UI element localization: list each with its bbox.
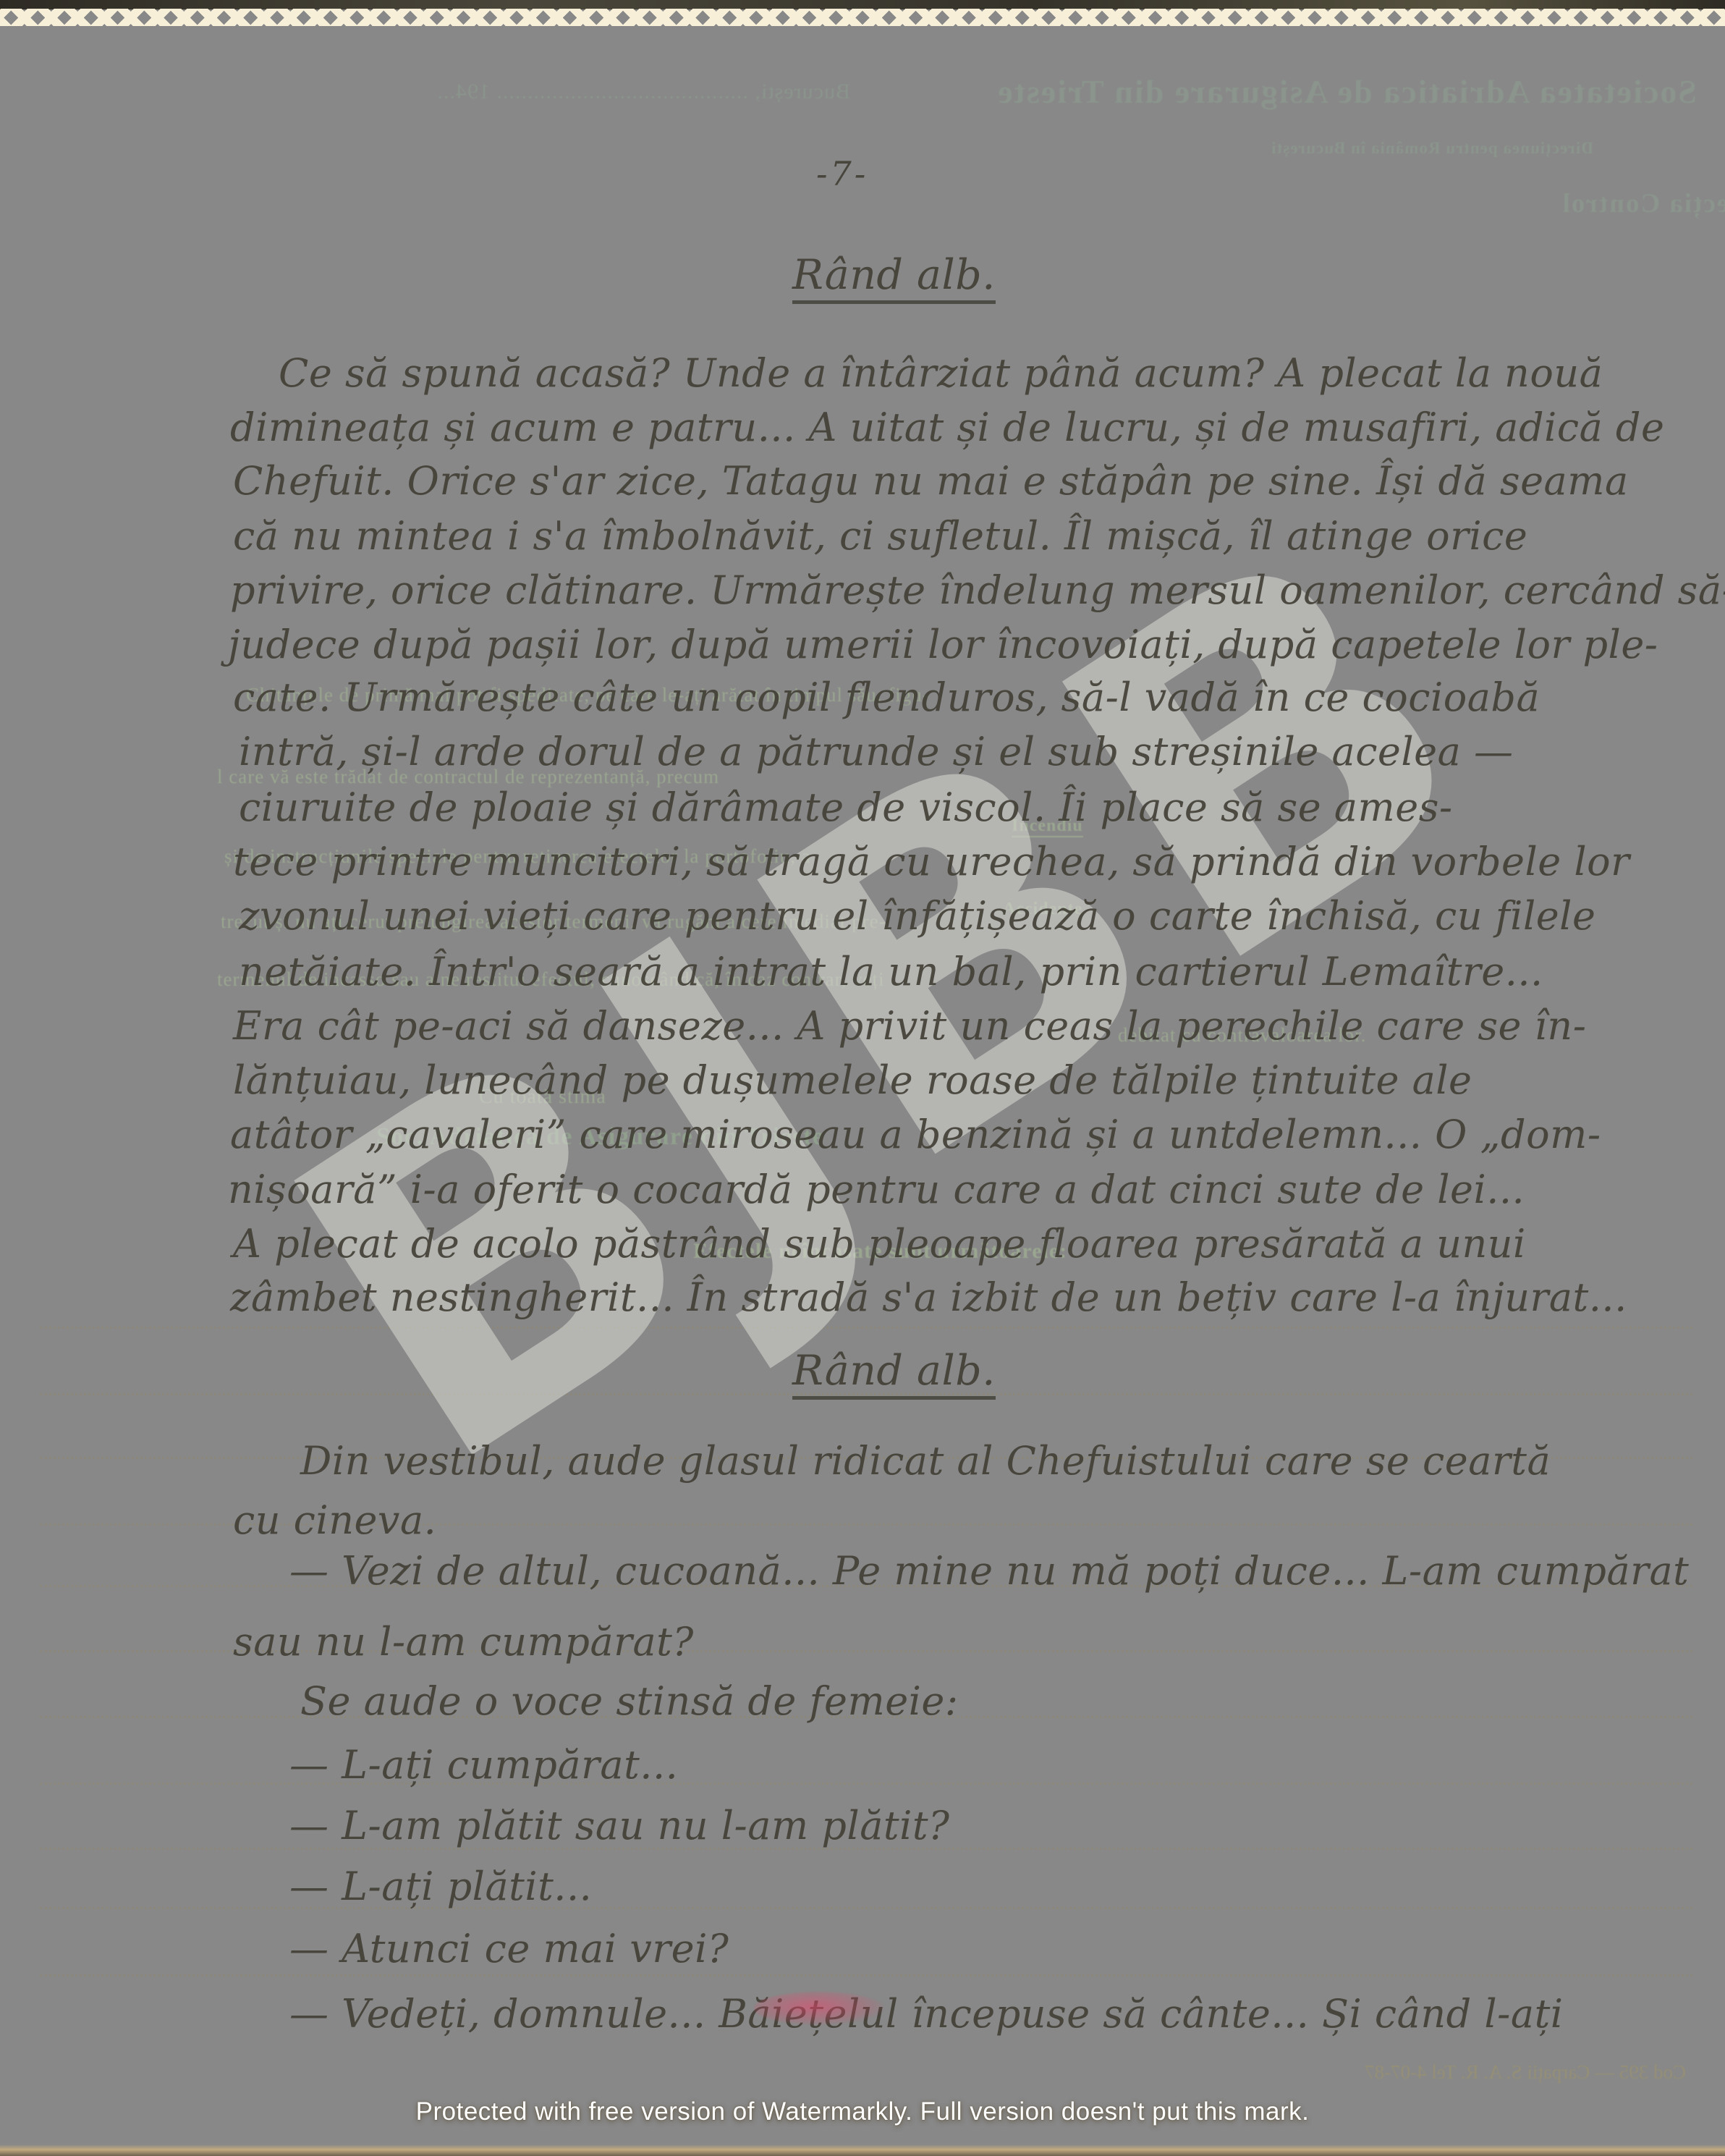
- manuscript-line: A plecat de acolo păstrând sub pleoape f…: [233, 1222, 1526, 1267]
- manuscript-line: dimineața și acum e patru... A uitat și …: [230, 405, 1664, 450]
- manuscript-line: zâmbet nestingherit... În stradă s'a izb…: [230, 1275, 1627, 1320]
- ruled-line: [40, 1783, 1692, 1785]
- letterhead-footer-code: Cod 395 — Carpații S. A. R. Tel 4-07-87: [1365, 2061, 1686, 2084]
- section-heading-text: Rând alb.: [792, 1347, 996, 1400]
- manuscript-line: judece după pașii lor, după umerii lor î…: [228, 622, 1658, 667]
- section-heading-text: Rând alb.: [792, 251, 996, 304]
- manuscript-line: Era cât pe-aci să danseze... A privit un…: [233, 1004, 1586, 1049]
- dialogue-line: — L-ați cumpărat...: [289, 1743, 678, 1788]
- dialogue-line: — Atunci ce mai vrei?: [289, 1927, 729, 1971]
- dialogue-line: — L-am plătit sau nu l-am plătit?: [289, 1804, 950, 1848]
- section-heading: Rând alb.: [792, 1348, 996, 1395]
- letterhead-company: Societatea Adriatica de Asigurare din Tr…: [996, 72, 1697, 111]
- ruled-line: [40, 1907, 1692, 1909]
- page-number: -7-: [816, 155, 868, 193]
- manuscript-line: intră, și-l arde dorul de a pătrunde și …: [239, 730, 1513, 774]
- manuscript-line: nișoară” i-a oferit o cocardă pentru car…: [228, 1167, 1525, 1212]
- ruled-line: [40, 1974, 1692, 1977]
- manuscript-line: Ce să spună acasă? Unde a întârziat până…: [279, 351, 1603, 396]
- section-heading: Rând alb.: [792, 252, 996, 300]
- manuscript-line: Se aude o voce stinsă de femeie:: [300, 1679, 959, 1724]
- torn-paper-edge: [0, 9, 1725, 26]
- manuscript-line: netăiate. Într'o seară a intrat la un ba…: [239, 950, 1543, 994]
- watermarkly-notice: Protected with free version of Watermark…: [0, 2097, 1725, 2126]
- manuscript-line: Chefuit. Orice s'ar zice, Tatagu nu mai …: [233, 459, 1629, 504]
- manuscript-line: lănțuiau, lunecând pe dușumelele roase d…: [233, 1058, 1472, 1103]
- manuscript-line: cu cineva.: [233, 1498, 436, 1543]
- dialogue-line: sau nu l-am cumpărat?: [233, 1620, 694, 1665]
- manuscript-line: ciuruite de ploaie și dărâmate de viscol…: [239, 785, 1453, 830]
- manuscript-line: tece printre muncitori, să tragă cu urec…: [233, 840, 1629, 884]
- scan-bottom-edge: [0, 2144, 1725, 2156]
- manuscript-page: Societatea Adriatica de Asigurare din Tr…: [0, 0, 1725, 2156]
- manuscript-line: Din vestibul, aude glasul ridicat al Che…: [300, 1439, 1551, 1484]
- manuscript-line: cate. Urmărește câte un copil flenduros,…: [233, 675, 1540, 720]
- manuscript-line: zvonul unei vieți care pentru el înfățiș…: [239, 894, 1595, 939]
- letterhead-section-control: Secția Control: [1561, 188, 1725, 219]
- manuscript-line: că nu mintea i s'a îmbolnăvit, ci suflet…: [233, 514, 1527, 559]
- dialogue-line: — L-ați plătit...: [289, 1864, 592, 1909]
- letterhead-date-line: București, .............................…: [437, 80, 850, 104]
- manuscript-line: privire, orice clătinare. Urmărește înde…: [230, 568, 1725, 613]
- manuscript-line: atâtor „cavaleri” care miroseau a benzin…: [230, 1112, 1601, 1157]
- dialogue-line: — Vezi de altul, cucoană... Pe mine nu m…: [289, 1549, 1689, 1594]
- letterhead-direction: Direcțiunea pentru România în București: [1271, 139, 1593, 158]
- dialogue-line: — Vedeți, domnule... Băiețelul începuse …: [289, 1992, 1564, 2037]
- red-pencil-mark: [754, 1992, 884, 2025]
